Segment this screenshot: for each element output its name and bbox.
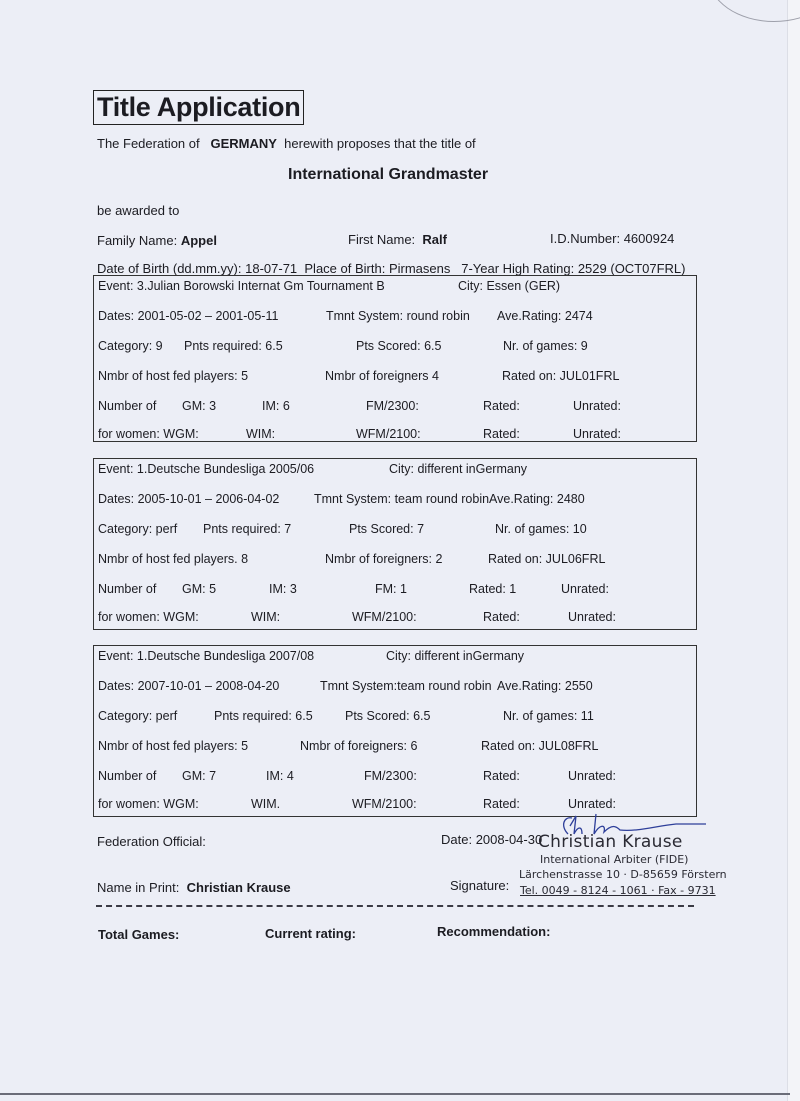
event-system: Tmnt System: round robin (326, 309, 470, 323)
event-category: Category: perf (98, 709, 177, 723)
first-name-field: First Name: Ralf (348, 232, 447, 247)
event-im: IM: 4 (266, 769, 294, 783)
event-row: Event: 1.Deutsche Bundesliga 2005/06City… (94, 462, 696, 482)
proposed-title: International Grandmaster (288, 166, 488, 184)
event-w-unrated: Unrated: (568, 797, 616, 811)
event-women: for women: WGM: (98, 610, 199, 624)
dob-value: 18-07-71 (245, 261, 297, 276)
event-im: IM: 3 (269, 582, 297, 596)
page-bottom-edge (0, 1093, 790, 1095)
date-value: 2008-04-30 (476, 832, 543, 847)
event-games: Nr. of games: 11 (503, 709, 594, 723)
event-wim: WIM: (251, 610, 280, 624)
intro-line: The Federation of GERMANY herewith propo… (97, 136, 476, 151)
event-row: Event: 1.Deutsche Bundesliga 2007/08City… (94, 649, 696, 669)
federation-name: GERMANY (210, 136, 276, 151)
event-foreigners: Nmbr of foreigners: 2 (325, 552, 442, 566)
event-row: Category: 9Pnts required: 6.5Pts Scored:… (94, 339, 696, 359)
stamp-role: International Arbiter (FIDE) (540, 853, 688, 866)
family-name-label: Family Name: (97, 233, 177, 248)
event-w-rated: Rated: (483, 610, 520, 624)
event-row: Nmbr of host fed players: 5Nmbr of forei… (94, 369, 696, 389)
event-city: City: different inGermany (389, 462, 527, 476)
event-pts-scored: Pts Scored: 7 (349, 522, 424, 536)
event-im: IM: 6 (262, 399, 290, 413)
event-host-fed: Nmbr of host fed players. 8 (98, 552, 248, 566)
event-foreigners: Nmbr of foreigners: 6 (300, 739, 417, 753)
event-fm: FM/2300: (366, 399, 419, 413)
current-rating-label: Current rating: (265, 926, 356, 941)
paper-fold-mark (708, 0, 800, 22)
event-games: Nr. of games: 9 (503, 339, 588, 353)
recommendation-label: Recommendation: (437, 924, 550, 939)
event-rated-on: Rated on: JUL01FRL (502, 369, 619, 383)
event-row: Number ofGM: 5IM: 3FM: 1Rated: 1Unrated: (94, 582, 696, 602)
event-women: for women: WGM: (98, 427, 199, 441)
date-label: Date: (441, 832, 472, 847)
event-row: Dates: 2001-05-02 – 2001-05-11Tmnt Syste… (94, 309, 696, 329)
event-row: Category: perfPnts required: 7Pts Scored… (94, 522, 696, 542)
event-event: Event: 1.Deutsche Bundesliga 2007/08 (98, 649, 314, 663)
total-games-label: Total Games: (98, 927, 179, 942)
event-w-unrated: Unrated: (568, 610, 616, 624)
event-fm: FM/2300: (364, 769, 417, 783)
event-box-3: Event: 1.Deutsche Bundesliga 2007/08City… (93, 645, 697, 817)
high-rating-label: 7-Year High Rating: (461, 261, 574, 276)
event-foreigners: Nmbr of foreigners 4 (325, 369, 439, 383)
event-fm: FM: 1 (375, 582, 407, 596)
document-title: Title Application (93, 90, 304, 125)
event-unrated: Unrated: (573, 399, 621, 413)
event-row: Category: perfPnts required: 6.5Pts Scor… (94, 709, 696, 729)
awarded-to-text: be awarded to (97, 203, 179, 218)
birth-rating-line: Date of Birth (dd.mm.yy): 18-07-71 Place… (97, 261, 685, 276)
event-box-1: Event: 3.Julian Borowski Internat Gm Tou… (93, 275, 697, 442)
event-row: Dates: 2005-10-01 – 2006-04-02Tmnt Syste… (94, 492, 696, 512)
event-wim: WIM. (251, 797, 280, 811)
event-unrated: Unrated: (568, 769, 616, 783)
first-name-label: First Name: (348, 232, 415, 247)
event-w-rated: Rated: (483, 797, 520, 811)
event-gm: GM: 3 (182, 399, 216, 413)
event-row: Event: 3.Julian Borowski Internat Gm Tou… (94, 279, 696, 299)
event-number-of: Number of (98, 769, 156, 783)
intro-prefix: The Federation of (97, 136, 200, 151)
event-pts-scored: Pts Scored: 6.5 (356, 339, 441, 353)
event-wfm: WFM/2100: (352, 610, 417, 624)
event-row: Number ofGM: 3IM: 6FM/2300:Rated:Unrated… (94, 399, 696, 419)
family-name-field: Family Name: Appel (97, 233, 217, 248)
id-number-value: 4600924 (624, 231, 675, 246)
event-ave-rating: Ave.Rating: 2474 (497, 309, 593, 323)
event-rated-on: Rated on: JUL06FRL (488, 552, 605, 566)
event-ave-rating: Ave.Rating: 2550 (497, 679, 593, 693)
event-wim: WIM: (246, 427, 275, 441)
event-dates: Dates: 2005-10-01 – 2006-04-02 (98, 492, 279, 506)
event-row: Number ofGM: 7IM: 4FM/2300:Rated:Unrated… (94, 769, 696, 789)
event-row: Nmbr of host fed players: 5Nmbr of forei… (94, 739, 696, 759)
event-rated: Rated: (483, 399, 520, 413)
event-women: for women: WGM: (98, 797, 199, 811)
event-event: Event: 1.Deutsche Bundesliga 2005/06 (98, 462, 314, 476)
handwritten-signature (556, 812, 716, 842)
name-print-value: Christian Krause (187, 880, 291, 895)
page-edge (787, 0, 800, 1101)
event-gm: GM: 5 (182, 582, 216, 596)
event-row: Nmbr of host fed players. 8Nmbr of forei… (94, 552, 696, 572)
name-in-print-field: Name in Print: Christian Krause (97, 880, 291, 895)
event-rated: Rated: (483, 769, 520, 783)
id-number-field: I.D.Number: 4600924 (550, 231, 674, 246)
event-category: Category: 9 (98, 339, 163, 353)
event-city: City: different inGermany (386, 649, 524, 663)
pob-value: Pirmasens (389, 261, 450, 276)
event-system: Tmnt System:team round robin (320, 679, 492, 693)
event-city: City: Essen (GER) (458, 279, 560, 293)
event-wfm: WFM/2100: (356, 427, 421, 441)
event-pnts-required: Pnts required: 6.5 (214, 709, 313, 723)
family-name-value: Appel (181, 233, 217, 248)
event-dates: Dates: 2007-10-01 – 2008-04-20 (98, 679, 279, 693)
id-number-label: I.D.Number: (550, 231, 620, 246)
stamp-address: Lärchenstrasse 10 · D-85659 Förstern (519, 868, 727, 881)
event-rated: Rated: 1 (469, 582, 516, 596)
separator-dashed-line (96, 905, 694, 907)
event-rated-on: Rated on: JUL08FRL (481, 739, 598, 753)
signature-label: Signature: (450, 878, 509, 893)
event-pnts-required: Pnts required: 6.5 (184, 339, 283, 353)
event-box-2: Event: 1.Deutsche Bundesliga 2005/06City… (93, 458, 697, 630)
event-row: Dates: 2007-10-01 – 2008-04-20Tmnt Syste… (94, 679, 696, 699)
date-field: Date: 2008-04-30 (441, 832, 542, 847)
name-print-label: Name in Print: (97, 880, 179, 895)
event-pts-scored: Pts Scored: 6.5 (345, 709, 430, 723)
event-dates: Dates: 2001-05-02 – 2001-05-11 (98, 309, 278, 323)
first-name-value: Ralf (422, 232, 447, 247)
dob-label: Date of Birth (dd.mm.yy): (97, 261, 241, 276)
pob-label: Place of Birth: (304, 261, 385, 276)
event-wfm: WFM/2100: (352, 797, 417, 811)
stamp-phone: Tel. 0049 - 8124 - 1061 · Fax - 9731 (520, 884, 716, 897)
event-number-of: Number of (98, 582, 156, 596)
event-row: for women: WGM:WIM:WFM/2100:Rated:Unrate… (94, 610, 696, 630)
federation-official-label: Federation Official: (97, 834, 206, 849)
event-host-fed: Nmbr of host fed players: 5 (98, 739, 248, 753)
event-ave-rating: Ave.Rating: 2480 (489, 492, 585, 506)
event-system: Tmnt System: team round robin (314, 492, 489, 506)
event-games: Nr. of games: 10 (495, 522, 587, 536)
event-w-unrated: Unrated: (573, 427, 621, 441)
event-host-fed: Nmbr of host fed players: 5 (98, 369, 248, 383)
event-category: Category: perf (98, 522, 177, 536)
intro-suffix: herewith proposes that the title of (284, 136, 476, 151)
event-gm: GM: 7 (182, 769, 216, 783)
high-rating-value: 2529 (OCT07FRL) (578, 261, 686, 276)
event-w-rated: Rated: (483, 427, 520, 441)
event-unrated: Unrated: (561, 582, 609, 596)
event-pnts-required: Pnts required: 7 (203, 522, 291, 536)
event-number-of: Number of (98, 399, 156, 413)
event-row: for women: WGM:WIM:WFM/2100:Rated:Unrate… (94, 427, 696, 447)
event-event: Event: 3.Julian Borowski Internat Gm Tou… (98, 279, 385, 293)
